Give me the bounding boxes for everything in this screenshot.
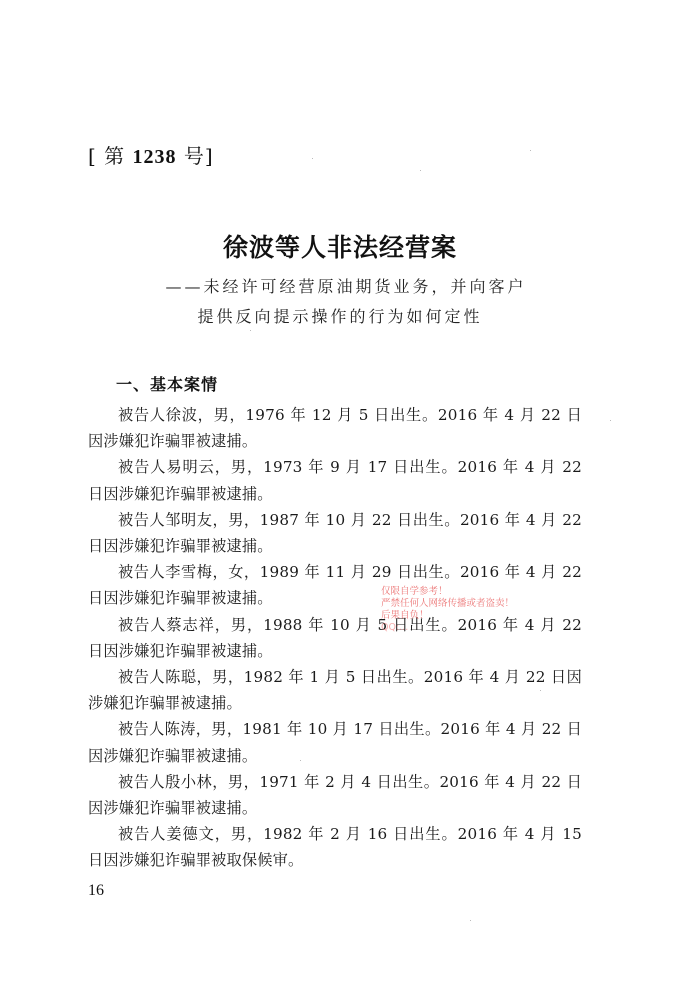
defendant-paragraph: 被告人李雪梅，女，1989 年 11 月 29 日出生。2016 年 4 月 2… [88,559,582,611]
scan-speck [540,690,541,691]
defendant-paragraph: 被告人殷小林，男，1971 年 2 月 4 日出生。2016 年 4 月 22 … [88,769,582,821]
case-number-suffix: 号] [177,144,214,168]
page-number: 16 [88,882,104,900]
scan-speck [530,150,531,151]
document-page: [ 第 1238 号] 徐波等人非法经营案 ——未经许可经营原油期货业务，并向客… [0,0,680,999]
scan-speck [300,760,301,761]
case-number-value: 1238 [133,146,177,168]
case-title: 徐波等人非法经营案 [0,228,680,264]
case-subtitle-line2: 提供反向提示操作的行为如何定性 [0,304,680,327]
section-heading-basic-facts: 一、基本案情 [116,372,218,395]
defendant-paragraph: 被告人陈聪，男，1982 年 1 月 5 日出生。2016 年 4 月 22 日… [88,664,582,716]
defendant-paragraph: 被告人邹明友，男，1987 年 10 月 22 日出生。2016 年 4 月 2… [88,507,582,559]
scan-speck [312,158,313,159]
scan-speck [470,920,471,921]
case-subtitle-line1: ——未经许可经营原油期货业务，并向客户 [0,274,680,297]
defendant-paragraph: 被告人陈涛，男，1981 年 10 月 17 日出生。2016 年 4 月 22… [88,716,582,768]
defendant-paragraph: 被告人徐波，男，1976 年 12 月 5 日出生。2016 年 4 月 22 … [88,402,582,454]
scan-speck [610,420,611,421]
body-text: 被告人徐波，男，1976 年 12 月 5 日出生。2016 年 4 月 22 … [88,402,582,874]
defendant-paragraph: 被告人易明云，男，1973 年 9 月 17 日出生。2016 年 4 月 22… [88,454,582,506]
scan-speck [420,170,421,171]
scan-speck [250,330,251,331]
defendant-paragraph: 被告人蔡志祥，男，1988 年 10 月 5 日出生。2016 年 4 月 22… [88,612,582,664]
defendant-paragraph: 被告人姜德文，男，1982 年 2 月 16 日出生。2016 年 4 月 15… [88,821,582,873]
scan-speck [380,520,381,521]
case-number-prefix: [ 第 [88,144,133,168]
case-number-label: [ 第 1238 号] [88,140,214,169]
